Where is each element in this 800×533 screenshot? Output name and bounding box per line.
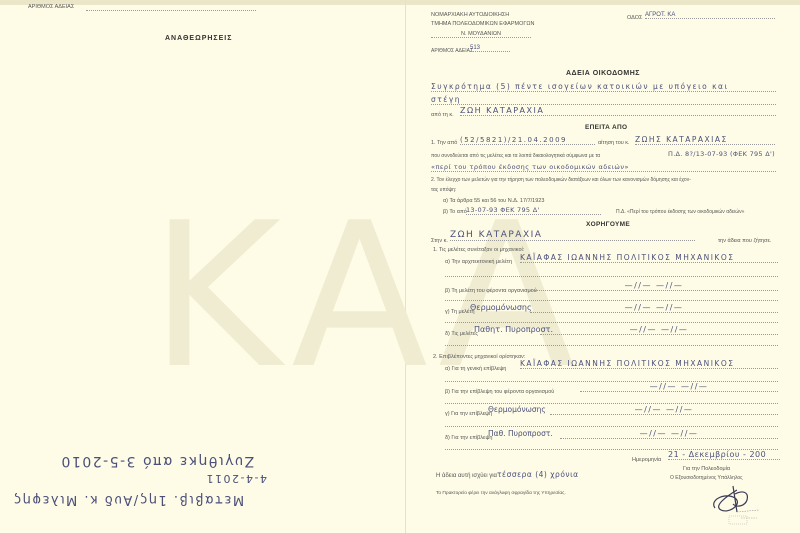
- permit-title: ΑΔΕΙΑ ΟΙΚΟΔΟΜΗΣ: [566, 70, 640, 77]
- authority-line3: Ν. ΜΟΥΔΑΝΙΩΝ: [431, 31, 531, 38]
- applicant-prefix: από τη κ.: [431, 112, 454, 118]
- grant-suffix: την άδεια που ζήτησε.: [718, 238, 771, 244]
- supervisor-row-blank-line: [445, 426, 778, 427]
- study-row-value: —//— —//—: [530, 303, 778, 313]
- grant-value: ΖΩΗ ΚΑΤΑΡΑΧΙΑ: [450, 230, 695, 241]
- item2-text: 2. Τον έλεγχο των μελετών για την τήρηση…: [431, 177, 691, 183]
- supervisor-row-label: β) Για την επίβλεψη του φέροντα οργανισμ…: [445, 389, 554, 395]
- grant-heading: ΧΟΡΗΓΟΥΜΕ: [586, 221, 630, 228]
- item2-b-prefix: β) Το από: [443, 209, 467, 215]
- supervisor-row-value: —//— —//—: [550, 405, 778, 415]
- supervisor-row-blank-line: [445, 403, 778, 404]
- right-permit-number-label: ΑΡΙΘΜΟΣ ΑΔΕΙΑΣ: [431, 48, 473, 54]
- validity-value: τέσσερα (4) χρόνια: [497, 470, 579, 479]
- study-row-value: —//— —//—: [540, 325, 778, 335]
- signature-line2: Ο Εξουσιοδοτημένος Υπάλληλος: [670, 475, 743, 481]
- item2-text-cont: τας υπόψη:: [431, 187, 456, 193]
- applicant-value: ΖΩΗ ΚΑΤΑΡΑΧΙΑ: [460, 106, 776, 116]
- item1-line2-value: Π.Δ. 8?/13-07-93 (ΦΕΚ 795 Δ'): [668, 150, 775, 158]
- study-row-blank-line: [445, 345, 778, 346]
- revisions-title: ΑΝΑΘΕΩΡΗΣΕΙΣ: [165, 35, 232, 42]
- left-permit-number-line: [86, 10, 256, 11]
- description-line1: Συγκρότημα (5) πέντε ισογείων κατοικιών …: [431, 82, 776, 92]
- street-value: ΑΓΡΟΤ. ΚΑ: [645, 12, 775, 19]
- item2-b-suffix: Π.Δ. «Περί του τρόπου έκδοσης των οικοδο…: [616, 209, 744, 215]
- item1-line2-text: που συνοδεύεται από τις μελέτες και τα λ…: [431, 153, 600, 159]
- authority-line1: ΝΟΜΑΡΧΙΑΚΗ ΑΥΤΟΔΙΟΙΚΗΣΗ: [431, 12, 509, 18]
- signature-icon: [707, 482, 763, 528]
- study-row-blank-line: [445, 322, 778, 323]
- supervisor-row-label: δ) Για την επίβλεψη: [445, 435, 492, 441]
- street-label: ΟΔΟΣ: [627, 15, 642, 21]
- right-permit-number-value: 513: [470, 45, 510, 52]
- study-row-hand-label: Θερμομόνωσης: [470, 303, 532, 312]
- studies-heading: 1. Τις μελέτες συνέταξαν οι μηχανικοί:: [433, 247, 524, 253]
- item1-requester-value: ΖΩΗΣ ΚΑΤΑΡΑΧΙΑΣ: [635, 135, 775, 145]
- signature-line1: Για την Πολεοδομία: [683, 466, 730, 472]
- study-row-label: α) Την αρχιτεκτονική μελέτη: [445, 259, 512, 265]
- handwritten-note-line3: Μεταβιβ. 1ης/Αυδ κ. Μιλεφης: [12, 492, 244, 507]
- item2-b-value: 13-07-93 ΦΕΚ 795 Δ': [466, 206, 601, 215]
- date-label: Ημερομηνία: [632, 457, 661, 463]
- item1-request-value: (52/5821)/21.04.2009: [460, 136, 595, 145]
- authority-line2: ΤΜΗΜΑ ΠΟΛΕΟΔΟΜΙΚΩΝ ΕΦΑΡΜΟΓΩΝ: [431, 21, 534, 27]
- study-row-blank-line: [445, 276, 778, 277]
- handwritten-note-line1: Ζυγιθηκε από 3-5-2010: [60, 453, 254, 469]
- handwritten-note-line2: 4-4-2011: [205, 472, 267, 485]
- supervisor-row-value: ΚΑΪΑΦΑΣ ΙΩΑΝΝΗΣ ΠΟΛΙΤΙΚΟΣ ΜΗΧΑΝΙΚΟΣ: [520, 359, 778, 369]
- study-row-value: —//— —//—: [530, 281, 778, 291]
- item1-line3-value: «περί του τρόπου έκδοσης των οικοδομικών…: [431, 163, 776, 172]
- supervisor-row-label: α) Για τη γενική επίβλεψη: [445, 366, 506, 372]
- validity-text: Η άδεια αυτή ισχύει για: [436, 473, 497, 479]
- following-heading: ΕΠΕΙΤΑ ΑΠΟ: [585, 124, 627, 131]
- grant-prefix: Στην κ.: [431, 238, 448, 244]
- supervisor-row-hand-label: Παθ. Πυροπροστ.: [488, 429, 553, 438]
- notice-text: Το Πρακτορείο φέρει την ανάγλυφη σφραγίδ…: [436, 491, 566, 496]
- left-permit-number-label: ΑΡΙΘΜΟΣ ΑΔΕΙΑΣ: [28, 4, 74, 10]
- item2-a: α) Τα άρθρα 55 και 56 του Ν.Δ. 17/7/1923: [443, 198, 544, 204]
- item1-request-suffix: αίτηση του κ.: [598, 140, 630, 146]
- item1-prefix: 1. Την από: [431, 140, 457, 146]
- supervisor-row-value: —//— —//—: [580, 382, 778, 392]
- study-row-value: ΚΑΪΑΦΑΣ ΙΩΑΝΝΗΣ ΠΟΛΙΤΙΚΟΣ ΜΗΧΑΝΙΚΟΣ: [520, 253, 778, 263]
- study-row-blank-line: [445, 300, 778, 301]
- supervisor-row-value: —//— —//—: [560, 429, 778, 439]
- supervisor-row-label: γ) Για την επίβλεψη: [445, 411, 492, 417]
- supervisors-heading: 2. Επιβλέποντες μηχανικοί ορίστηκαν:: [433, 354, 525, 360]
- scanned-document: ΚΑΑ ΑΡΙΘΜΟΣ ΑΔΕΙΑΣ ΑΝΑΘΕΩΡΗΣΕΙΣ Ζυγιθηκε…: [0, 0, 800, 533]
- scan-edge: [0, 0, 800, 5]
- date-value: 21 - Δεκεμβρίου - 200: [668, 450, 780, 460]
- supervisor-row-hand-label: Θερμομόνωσης: [488, 405, 546, 414]
- description-line2: στέγη: [431, 95, 776, 105]
- study-row-label: β) Τη μελέτη του φέροντα οργανισμού: [445, 288, 537, 294]
